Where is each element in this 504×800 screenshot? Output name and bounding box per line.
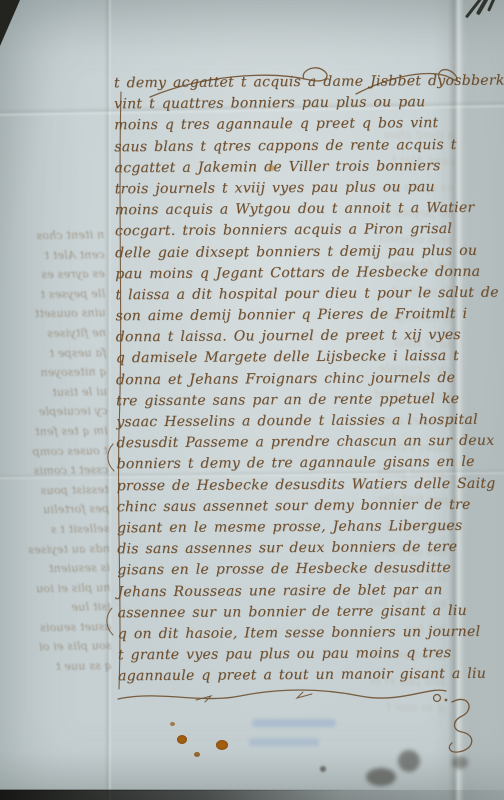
manuscript-line: donna et Jehans Froignars chinc journels…	[116, 367, 488, 391]
manuscript-line: q damisele Margete delle Lijsbecke i lai…	[116, 346, 488, 370]
bleedthrough-line: ne fityises	[4, 323, 106, 344]
manuscript-line: vint t quattres bonniers pau plus ou pau	[114, 92, 486, 116]
manuscript-line: moins q tres agannaule q preet q bos vin…	[114, 113, 486, 137]
manuscript-line: agannaule q preet a tout un manoir gisan…	[118, 664, 490, 688]
dirt-smudge	[398, 750, 420, 772]
manuscript-line: moins acquis a Wytgou dou t annoit t a W…	[115, 198, 487, 222]
ink-stain	[177, 735, 187, 744]
ink-stain	[194, 752, 200, 757]
photo-corner-shadow-top-right	[468, 0, 504, 30]
manuscript-line: gisant en le mesme prosse, Jehans Liberg…	[117, 516, 489, 540]
manuscript-line: delle gaie dixsept bonniers t demij pau …	[115, 240, 487, 264]
ink-stain	[170, 722, 175, 726]
manuscript-line: assennee sur un bonnier de terre gisant …	[118, 600, 490, 624]
bleedthrough-line: uins ouusett	[3, 304, 105, 325]
bleedthrough-line: nu plis ei iou	[8, 578, 110, 599]
bleedthrough-line: n itent chos	[2, 225, 104, 246]
bleedthrough-line: csset t comis	[6, 460, 108, 481]
manuscript-line: t grante vyes pau plus ou pau moins q tr…	[118, 643, 490, 667]
bleedthrough-line: fa uespe t	[4, 343, 106, 364]
manuscript-line: donna t laissa. Ou journel de preet t xi…	[116, 325, 488, 349]
bleedthrough-line: is sesuient	[8, 558, 110, 579]
manuscript-line: t demy acgattet t acquis a dame Jisbbet …	[114, 71, 486, 95]
bleedthrough-line: asuet seuois	[9, 617, 111, 638]
manuscript-line: cocgart. trois bonniers acquis a Piron g…	[115, 219, 487, 243]
ink-stain	[268, 165, 275, 171]
dirt-smudge	[320, 766, 326, 772]
manuscript-text-block: t demy acgattet t acquis a dame Jisbbet …	[114, 71, 490, 688]
photo-edge-shadow-bottom	[0, 790, 504, 800]
bleedthrough-line: sou plis ei oi	[9, 637, 111, 658]
bleedthrough-line: q nitesoyen	[4, 362, 106, 383]
blue-stamp-bleedthrough	[252, 719, 336, 727]
manuscript-line: Jehans Rousseas une rasire de blet par a…	[117, 579, 489, 603]
manuscript-line: acgattet a Jakemin de Viller trois bonni…	[114, 155, 486, 179]
bleedthrough-line: pes forteliu	[7, 499, 109, 520]
bleedthrough-line: q ss uue t	[10, 656, 112, 677]
bleedthrough-line: isit lue	[9, 597, 111, 618]
bleedthrough-column: n itent choscent Alet tes ayres eslle pe…	[2, 225, 112, 677]
manuscript-line: tre gissante sans par an de rente ppetue…	[116, 389, 488, 413]
bleedthrough-line: es ayres es	[3, 264, 105, 285]
bleedthrough-line: cy iecuieple	[5, 401, 107, 422]
manuscript-line: pau moins q Jegant Cottars de Hesbecke d…	[115, 261, 487, 285]
manuscript-line: bonniers t demy de tre agannaule gisans …	[117, 452, 489, 476]
manuscript-line: chinc saus assennet sour demy bonnier de…	[117, 494, 489, 518]
manuscript-line: trois journels t xviij vyes pau plus ou …	[115, 177, 487, 201]
photograph-of-manuscript: n itent choscent Alet tes ayres eslle pe…	[0, 0, 504, 800]
manuscript-line: gisans en le prosse de Hesbecke desusdit…	[117, 558, 489, 582]
bleedthrough-line: ui le tisut	[5, 382, 107, 403]
manuscript-line: prosse de Hesbecke desusdits Watiers del…	[117, 473, 489, 497]
manuscript-line: son aime demij bonnier q Pieres de Froit…	[115, 304, 487, 328]
manuscript-line: desusdit Passeme a prendre chascun an su…	[116, 431, 488, 455]
bleedthrough-line: sellesit t s	[7, 519, 109, 540]
blue-stamp-bleedthrough	[249, 738, 319, 746]
ink-stain	[216, 740, 228, 750]
dirt-smudge	[452, 756, 468, 769]
bleedthrough-line: t ouses comp	[6, 441, 108, 462]
manuscript-line: dis sans assennes sur deux bonniers de t…	[117, 537, 489, 561]
manuscript-line: saus blans t qtres cappons de rente acqu…	[114, 134, 486, 158]
manuscript-line: ysaac Hesselins a dounde t laissies a l …	[116, 410, 488, 434]
manuscript-line: q on dit hasoie, Item sesse bonniers un …	[118, 622, 490, 646]
bleedthrough-line: tessist pous	[7, 480, 109, 501]
bleedthrough-line: lle peyses t	[3, 284, 105, 305]
bleedthrough-ghost-line: q ss uue t	[145, 689, 445, 720]
dirt-smudge	[366, 768, 396, 786]
manuscript-line: t laissa a dit hospital pour dieu t pour…	[115, 283, 487, 307]
bleedthrough-line: im q tes fent	[5, 421, 107, 442]
bleedthrough-line: cent Alet t	[2, 245, 104, 266]
bleedthrough-line: nds au teyises	[8, 539, 110, 560]
